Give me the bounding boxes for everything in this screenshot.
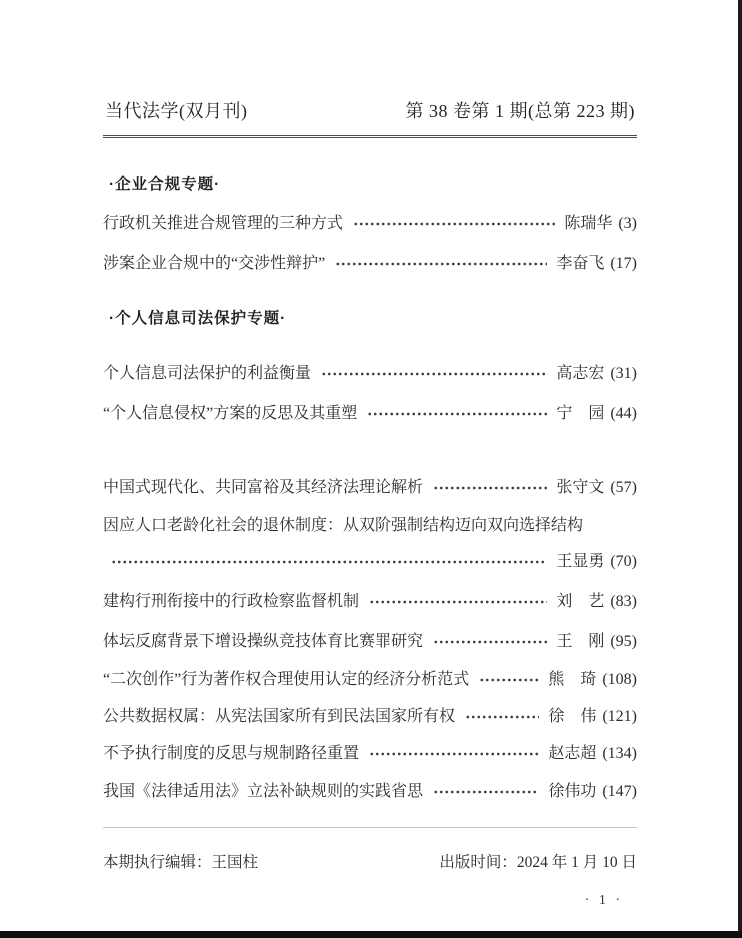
article-page-number: (44) [610,402,637,426]
toc-entry: 建构行刑衔接中的行政检察监督机制 刘 艺 (83) [103,590,637,614]
dotted-leader [479,675,539,685]
table-of-contents: ·企业合规专题· 行政机关推进合规管理的三种方式 陈瑞华 (3) 涉案企业合规中… [103,174,637,804]
dotted-leader [367,409,547,419]
toc-entry: 涉案企业合规中的“交涉性辩护” 李奋飞 (17) [103,252,637,276]
publish-date-info: 出版时间：2024 年 1 月 10 日 [439,850,637,872]
toc-entry: 个人信息司法保护的利益衡量 高志宏 (31) [103,362,637,386]
page-footer: 本期执行编辑：王国柱 出版时间：2024 年 1 月 10 日 [103,850,637,872]
page-number: · 1 · [103,893,637,909]
dotted-leader [353,219,555,229]
dotted-leader [433,637,547,647]
journal-title: 当代法学(双月刊) [105,97,248,123]
article-page-number: (121) [602,705,637,729]
executive-editor-info: 本期执行编辑：王国柱 [103,850,258,872]
article-author: 熊 琦 [548,668,596,692]
toc-entry: “二次创作”行为著作权合理使用认定的经济分析范式 熊 琦 (108) [103,668,637,692]
article-page-number: (17) [610,252,637,276]
dotted-leader [433,483,547,493]
article-page-number: (147) [602,780,637,804]
article-author: 陈瑞华 [564,212,612,236]
dotted-leader [433,787,539,797]
dotted-leader [111,557,547,567]
article-page-number: (70) [610,550,637,574]
dotted-leader [321,369,547,379]
toc-entry: 体坛反腐背景下增设操纵竞技体育比赛罪研究 王 刚 (95) [103,630,637,654]
scan-edge-right [738,0,742,938]
article-author: 徐伟功 [548,780,596,804]
article-page-number: (31) [610,362,637,386]
toc-entry: “个人信息侵权”方案的反思及其重塑 宁 园 (44) [103,402,637,426]
dotted-leader [335,259,547,269]
article-title: 涉案企业合规中的“交涉性辩护” [103,252,325,276]
article-author: 王 刚 [556,630,604,654]
dotted-leader [369,749,539,759]
toc-entry-continuation: 王显勇 (70) [103,550,637,574]
section-heading-corporate-compliance: ·企业合规专题· [103,174,637,196]
article-author: 张守文 [556,476,604,500]
article-author: 王显勇 [556,550,604,574]
scan-edge-bottom [0,931,742,938]
article-page-number: (57) [610,476,637,500]
section-heading-personal-information: ·个人信息司法保护专题· [103,308,637,330]
toc-entry: 行政机关推进合规管理的三种方式 陈瑞华 (3) [103,212,637,236]
article-title: “二次创作”行为著作权合理使用认定的经济分析范式 [103,668,469,692]
toc-entry: 不予执行制度的反思与规制路径重置 赵志超 (134) [103,742,637,766]
article-title: 建构行刑衔接中的行政检察监督机制 [103,590,359,614]
issue-info: 第 38 卷第 1 期(总第 223 期) [406,97,636,123]
article-author: 刘 艺 [556,590,604,614]
toc-entry: 中国式现代化、共同富裕及其经济法理论解析 张守文 (57) [103,476,637,500]
article-title: 体坛反腐背景下增设操纵竞技体育比赛罪研究 [103,630,423,654]
dotted-leader [369,597,547,607]
article-title: 因应人口老龄化社会的退休制度：从双阶强制结构迈向双向选择结构 [103,514,583,538]
article-title: 行政机关推进合规管理的三种方式 [103,212,343,236]
article-author: 赵志超 [548,742,596,766]
article-title: 个人信息司法保护的利益衡量 [103,362,311,386]
page-header: 当代法学(双月刊) 第 38 卷第 1 期(总第 223 期) [103,97,637,138]
toc-entry: 公共数据权属：从宪法国家所有到民法国家所有权 徐 伟 (121) [103,705,637,729]
article-page-number: (108) [602,668,637,692]
article-author: 高志宏 [556,362,604,386]
article-page-number: (95) [610,630,637,654]
article-title: 公共数据权属：从宪法国家所有到民法国家所有权 [103,705,455,729]
article-page-number: (83) [610,590,637,614]
article-author: 宁 园 [556,402,604,426]
toc-entry: 因应人口老龄化社会的退休制度：从双阶强制结构迈向双向选择结构 [103,514,637,538]
article-title: 中国式现代化、共同富裕及其经济法理论解析 [103,476,423,500]
dotted-leader [465,712,539,722]
article-page-number: (134) [602,742,637,766]
footer-divider [103,827,637,828]
article-title: 不予执行制度的反思与规制路径重置 [103,742,359,766]
journal-toc-page: 当代法学(双月刊) 第 38 卷第 1 期(总第 223 期) ·企业合规专题·… [103,0,637,909]
toc-entry: 我国《法律适用法》立法补缺规则的实践省思 徐伟功 (147) [103,780,637,804]
article-title: 我国《法律适用法》立法补缺规则的实践省思 [103,780,423,804]
article-title: “个人信息侵权”方案的反思及其重塑 [103,402,357,426]
article-page-number: (3) [618,212,637,236]
article-author: 李奋飞 [556,252,604,276]
article-author: 徐 伟 [548,705,596,729]
